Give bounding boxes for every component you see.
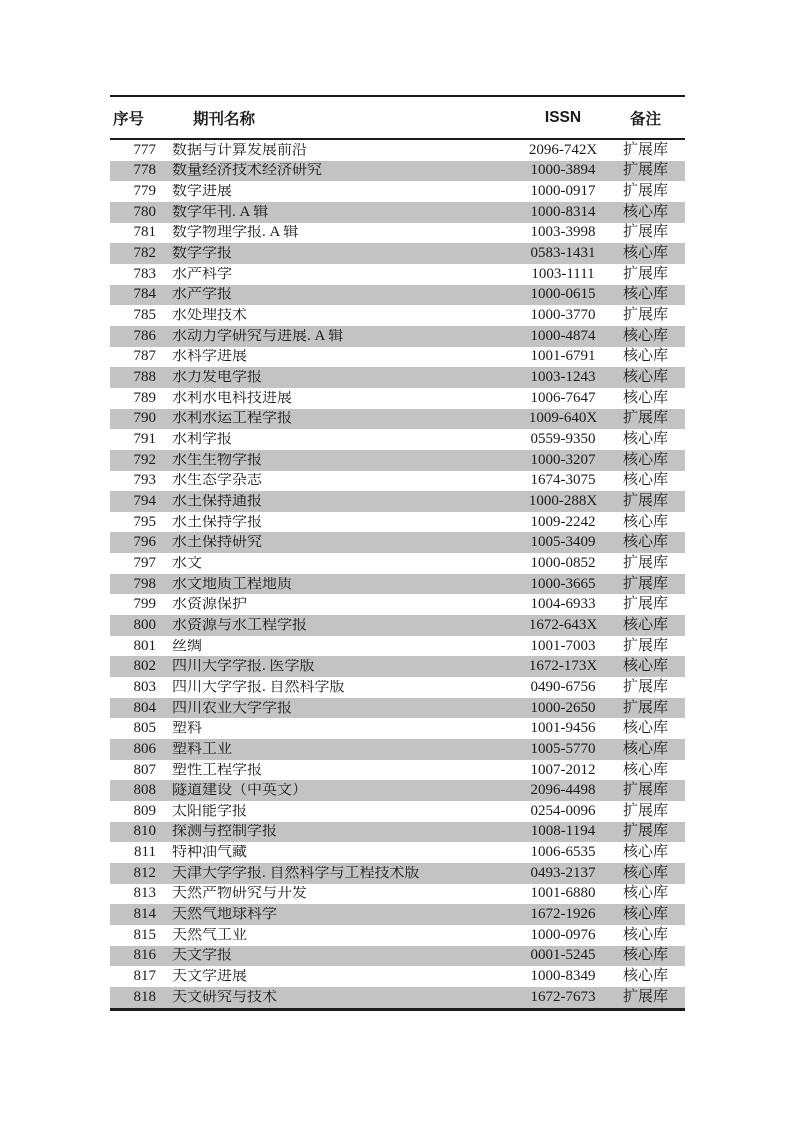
journal-issn: 1006-6535 (520, 845, 606, 860)
row-number: 789 (110, 391, 158, 406)
table-row: 780 数学年刊. A 辑 1000-8314 核心库 (110, 202, 685, 223)
row-number: 778 (110, 163, 158, 178)
journal-issn: 1007-2012 (520, 763, 606, 778)
journal-note: 扩展库 (606, 783, 685, 798)
journal-issn: 0490-6756 (520, 680, 606, 695)
journal-name: 探测与控制学报 (158, 824, 520, 839)
table-row: 802 四川大学学报. 医学版 1672-173X 核心库 (110, 656, 685, 677)
table-row: 785 水处理技术 1000-3770 扩展库 (110, 305, 685, 326)
journal-note: 扩展库 (606, 577, 685, 592)
journal-issn: 1005-3409 (520, 535, 606, 550)
table-row: 793 水生态学杂志 1674-3075 核心库 (110, 471, 685, 492)
journal-name: 隧道建设（中英文） (158, 783, 520, 798)
journal-issn: 1000-3665 (520, 577, 606, 592)
row-number: 811 (110, 845, 158, 860)
row-number: 810 (110, 824, 158, 839)
row-number: 787 (110, 349, 158, 364)
journal-issn: 1000-3770 (520, 308, 606, 323)
journal-note: 核心库 (606, 866, 685, 881)
journal-issn: 1003-3998 (520, 225, 606, 240)
row-number: 809 (110, 804, 158, 819)
row-number: 802 (110, 659, 158, 674)
journal-note: 扩展库 (606, 556, 685, 571)
table-row: 811 特种油气藏 1006-6535 核心库 (110, 842, 685, 863)
journal-issn: 1001-9456 (520, 721, 606, 736)
header-name: 期刊名称 (158, 107, 520, 129)
journal-name: 天文学报 (158, 948, 520, 963)
journal-note: 扩展库 (606, 163, 685, 178)
journal-note: 核心库 (606, 969, 685, 984)
table-row: 805 塑料 1001-9456 核心库 (110, 718, 685, 739)
journal-note: 核心库 (606, 763, 685, 778)
journal-issn: 2096-4498 (520, 783, 606, 798)
journal-name: 数学年刊. A 辑 (158, 205, 520, 220)
row-number: 777 (110, 143, 158, 158)
journal-name: 水处理技术 (158, 308, 520, 323)
row-number: 795 (110, 515, 158, 530)
table-row: 789 水利水电科技进展 1006-7647 核心库 (110, 388, 685, 409)
journal-name: 水资源与水工程学报 (158, 618, 520, 633)
journal-name: 四川大学学报. 医学版 (158, 659, 520, 674)
journal-note: 核心库 (606, 742, 685, 757)
row-number: 788 (110, 370, 158, 385)
journal-issn: 1006-7647 (520, 391, 606, 406)
journal-note: 扩展库 (606, 804, 685, 819)
table-row: 812 天津大学学报. 自然科学与工程技术版 0493-2137 核心库 (110, 863, 685, 884)
journal-name: 数量经济技术经济研究 (158, 163, 520, 178)
journal-note: 核心库 (606, 287, 685, 302)
journal-issn: 1008-1194 (520, 824, 606, 839)
table-row: 795 水土保持学报 1009-2242 核心库 (110, 512, 685, 533)
row-number: 807 (110, 763, 158, 778)
journal-note: 扩展库 (606, 639, 685, 654)
journal-note: 核心库 (606, 205, 685, 220)
header-note: 备注 (606, 107, 685, 129)
row-number: 801 (110, 639, 158, 654)
journal-name: 数学物理学报. A 辑 (158, 225, 520, 240)
journal-name: 塑性工程学报 (158, 763, 520, 778)
journal-issn: 1000-4874 (520, 329, 606, 344)
table-row: 799 水资源保护 1004-6933 扩展库 (110, 594, 685, 615)
journal-note: 扩展库 (606, 411, 685, 426)
journal-note: 核心库 (606, 370, 685, 385)
row-number: 794 (110, 494, 158, 509)
journal-name: 天文研究与技术 (158, 990, 520, 1005)
journal-note: 核心库 (606, 659, 685, 674)
journal-name: 水土保持学报 (158, 515, 520, 530)
row-number: 813 (110, 886, 158, 901)
table-row: 808 隧道建设（中英文） 2096-4498 扩展库 (110, 780, 685, 801)
journal-issn: 1001-6791 (520, 349, 606, 364)
table-row: 796 水土保持研究 1005-3409 核心库 (110, 532, 685, 553)
header-no: 序号 (110, 107, 158, 129)
journal-name: 天然气地球科学 (158, 907, 520, 922)
journal-name: 水文 (158, 556, 520, 571)
journal-note: 核心库 (606, 886, 685, 901)
row-number: 808 (110, 783, 158, 798)
row-number: 781 (110, 225, 158, 240)
journal-table: 序号 期刊名称 ISSN 备注 777 数据与计算发展前沿 2096-742X … (110, 95, 685, 1011)
table-row: 809 太阳能学报 0254-0096 扩展库 (110, 801, 685, 822)
journal-name: 天文学进展 (158, 969, 520, 984)
journal-name: 水土保持通报 (158, 494, 520, 509)
journal-name: 数学学报 (158, 246, 520, 261)
journal-note: 扩展库 (606, 494, 685, 509)
table-row: 813 天然产物研究与开发 1001-6880 核心库 (110, 884, 685, 905)
journal-issn: 0583-1431 (520, 246, 606, 261)
header-issn: ISSN (520, 109, 606, 127)
table-row: 806 塑料工业 1005-5770 核心库 (110, 739, 685, 760)
row-number: 798 (110, 577, 158, 592)
journal-note: 核心库 (606, 473, 685, 488)
journal-issn: 1000-288X (520, 494, 606, 509)
journal-issn: 1000-0615 (520, 287, 606, 302)
journal-name: 天然气工业 (158, 928, 520, 943)
journal-name: 塑料工业 (158, 742, 520, 757)
journal-name: 水力发电学报 (158, 370, 520, 385)
journal-name: 丝绸 (158, 639, 520, 654)
journal-issn: 1672-1926 (520, 907, 606, 922)
journal-issn: 1674-3075 (520, 473, 606, 488)
journal-note: 扩展库 (606, 225, 685, 240)
journal-issn: 1000-3207 (520, 453, 606, 468)
row-number: 803 (110, 680, 158, 695)
journal-note: 扩展库 (606, 267, 685, 282)
journal-note: 核心库 (606, 246, 685, 261)
row-number: 797 (110, 556, 158, 571)
table-row: 818 天文研究与技术 1672-7673 扩展库 (110, 987, 685, 1008)
journal-note: 扩展库 (606, 680, 685, 695)
table-header-row: 序号 期刊名称 ISSN 备注 (110, 95, 685, 140)
journal-name: 太阳能学报 (158, 804, 520, 819)
row-number: 786 (110, 329, 158, 344)
journal-name: 水利水电科技进展 (158, 391, 520, 406)
row-number: 791 (110, 432, 158, 447)
journal-issn: 1005-5770 (520, 742, 606, 757)
table-row: 777 数据与计算发展前沿 2096-742X 扩展库 (110, 140, 685, 161)
journal-issn: 1001-6880 (520, 886, 606, 901)
journal-note: 扩展库 (606, 701, 685, 716)
journal-name: 数据与计算发展前沿 (158, 143, 520, 158)
row-number: 817 (110, 969, 158, 984)
row-number: 785 (110, 308, 158, 323)
row-number: 792 (110, 453, 158, 468)
table-row: 794 水土保持通报 1000-288X 扩展库 (110, 491, 685, 512)
row-number: 814 (110, 907, 158, 922)
journal-name: 塑料 (158, 721, 520, 736)
journal-issn: 1672-173X (520, 659, 606, 674)
table-row: 800 水资源与水工程学报 1672-643X 核心库 (110, 615, 685, 636)
journal-note: 核心库 (606, 948, 685, 963)
row-number: 805 (110, 721, 158, 736)
journal-note: 扩展库 (606, 184, 685, 199)
journal-note: 核心库 (606, 515, 685, 530)
journal-issn: 1009-2242 (520, 515, 606, 530)
journal-note: 核心库 (606, 391, 685, 406)
journal-issn: 0254-0096 (520, 804, 606, 819)
journal-issn: 1672-7673 (520, 990, 606, 1005)
journal-note: 核心库 (606, 907, 685, 922)
journal-issn: 0559-9350 (520, 432, 606, 447)
table-row: 783 水产科学 1003-1111 扩展库 (110, 264, 685, 285)
journal-name: 水资源保护 (158, 597, 520, 612)
row-number: 816 (110, 948, 158, 963)
journal-name: 四川大学学报. 自然科学版 (158, 680, 520, 695)
table-row: 798 水文地质工程地质 1000-3665 扩展库 (110, 574, 685, 595)
journal-note: 扩展库 (606, 597, 685, 612)
journal-issn: 1009-640X (520, 411, 606, 426)
journal-name: 特种油气藏 (158, 845, 520, 860)
journal-note: 核心库 (606, 721, 685, 736)
journal-issn: 1004-6933 (520, 597, 606, 612)
journal-name: 四川农业大学学报 (158, 701, 520, 716)
journal-name: 水科学进展 (158, 349, 520, 364)
table-row: 790 水利水运工程学报 1009-640X 扩展库 (110, 409, 685, 430)
journal-issn: 1003-1111 (520, 267, 606, 282)
table-row: 786 水动力学研究与进展. A 辑 1000-4874 核心库 (110, 326, 685, 347)
row-number: 800 (110, 618, 158, 633)
table-row: 817 天文学进展 1000-8349 核心库 (110, 966, 685, 987)
table-row: 807 塑性工程学报 1007-2012 核心库 (110, 760, 685, 781)
table-row: 804 四川农业大学学报 1000-2650 扩展库 (110, 698, 685, 719)
journal-note: 核心库 (606, 845, 685, 860)
journal-name: 天然产物研究与开发 (158, 886, 520, 901)
journal-issn: 1003-1243 (520, 370, 606, 385)
row-number: 779 (110, 184, 158, 199)
table-row: 791 水利学报 0559-9350 核心库 (110, 429, 685, 450)
table-row: 801 丝绸 1001-7003 扩展库 (110, 636, 685, 657)
journal-note: 扩展库 (606, 824, 685, 839)
table-row: 814 天然气地球科学 1672-1926 核心库 (110, 904, 685, 925)
journal-name: 水利水运工程学报 (158, 411, 520, 426)
table-row: 803 四川大学学报. 自然科学版 0490-6756 扩展库 (110, 677, 685, 698)
journal-name: 水生生物学报 (158, 453, 520, 468)
table-row: 797 水文 1000-0852 扩展库 (110, 553, 685, 574)
row-number: 793 (110, 473, 158, 488)
table-row: 787 水科学进展 1001-6791 核心库 (110, 347, 685, 368)
row-number: 812 (110, 866, 158, 881)
row-number: 784 (110, 287, 158, 302)
table-row: 782 数学学报 0583-1431 核心库 (110, 243, 685, 264)
journal-note: 核心库 (606, 928, 685, 943)
journal-note: 核心库 (606, 535, 685, 550)
journal-issn: 1000-8349 (520, 969, 606, 984)
journal-name: 水土保持研究 (158, 535, 520, 550)
row-number: 796 (110, 535, 158, 550)
table-row: 779 数学进展 1000-0917 扩展库 (110, 181, 685, 202)
table-body: 777 数据与计算发展前沿 2096-742X 扩展库 778 数量经济技术经济… (110, 140, 685, 1011)
row-number: 806 (110, 742, 158, 757)
journal-issn: 0001-5245 (520, 948, 606, 963)
journal-name: 水产科学 (158, 267, 520, 282)
table-row: 792 水生生物学报 1000-3207 核心库 (110, 450, 685, 471)
journal-name: 水生态学杂志 (158, 473, 520, 488)
journal-name: 水动力学研究与进展. A 辑 (158, 329, 520, 344)
journal-note: 核心库 (606, 618, 685, 633)
table-row: 815 天然气工业 1000-0976 核心库 (110, 925, 685, 946)
journal-issn: 1000-8314 (520, 205, 606, 220)
table-row: 810 探测与控制学报 1008-1194 扩展库 (110, 822, 685, 843)
journal-issn: 1001-7003 (520, 639, 606, 654)
journal-name: 水文地质工程地质 (158, 577, 520, 592)
table-row: 778 数量经济技术经济研究 1000-3894 扩展库 (110, 161, 685, 182)
journal-issn: 1672-643X (520, 618, 606, 633)
journal-issn: 1000-3894 (520, 163, 606, 178)
journal-issn: 1000-2650 (520, 701, 606, 716)
table-row: 788 水力发电学报 1003-1243 核心库 (110, 367, 685, 388)
journal-issn: 2096-742X (520, 143, 606, 158)
journal-note: 扩展库 (606, 308, 685, 323)
journal-issn: 1000-0852 (520, 556, 606, 571)
journal-name: 天津大学学报. 自然科学与工程技术版 (158, 866, 520, 881)
journal-issn: 1000-0917 (520, 184, 606, 199)
journal-name: 水利学报 (158, 432, 520, 447)
journal-note: 核心库 (606, 453, 685, 468)
row-number: 790 (110, 411, 158, 426)
journal-note: 核心库 (606, 329, 685, 344)
journal-note: 扩展库 (606, 143, 685, 158)
journal-name: 水产学报 (158, 287, 520, 302)
row-number: 804 (110, 701, 158, 716)
row-number: 780 (110, 205, 158, 220)
journal-note: 核心库 (606, 349, 685, 364)
row-number: 782 (110, 246, 158, 261)
row-number: 818 (110, 990, 158, 1005)
journal-issn: 0493-2137 (520, 866, 606, 881)
table-row: 781 数学物理学报. A 辑 1003-3998 扩展库 (110, 223, 685, 244)
document-page: 序号 期刊名称 ISSN 备注 777 数据与计算发展前沿 2096-742X … (0, 0, 793, 1122)
journal-note: 核心库 (606, 432, 685, 447)
journal-note: 扩展库 (606, 990, 685, 1005)
row-number: 783 (110, 267, 158, 282)
table-row: 784 水产学报 1000-0615 核心库 (110, 285, 685, 306)
journal-name: 数学进展 (158, 184, 520, 199)
row-number: 799 (110, 597, 158, 612)
table-row: 816 天文学报 0001-5245 核心库 (110, 946, 685, 967)
journal-issn: 1000-0976 (520, 928, 606, 943)
row-number: 815 (110, 928, 158, 943)
